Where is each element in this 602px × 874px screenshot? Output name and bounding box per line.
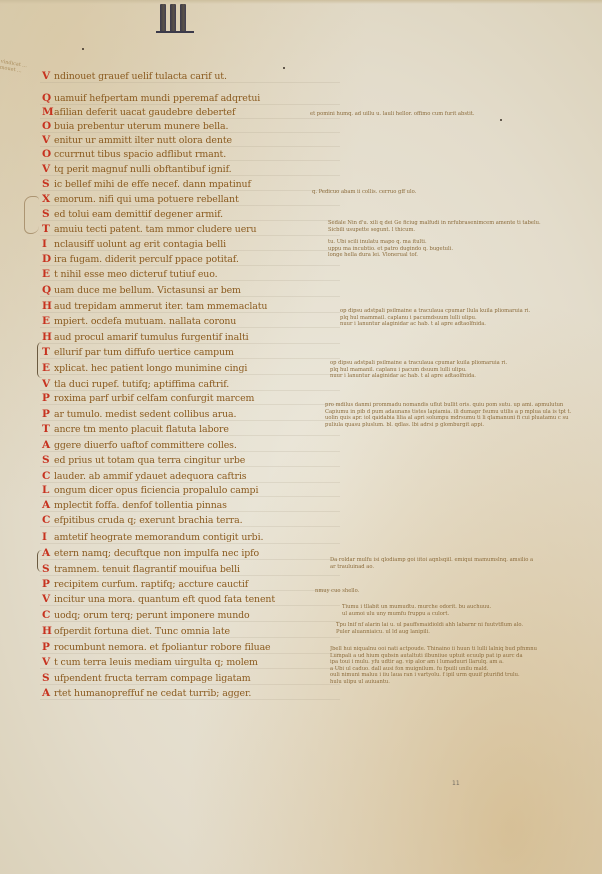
marginal-gloss: op dipsu adstpali psilmaine a traculaua … [330, 360, 600, 380]
gloss-line: Sicbili usupette segunt. l thicum. [328, 227, 600, 234]
verse-text: ar tumulo. medist sedent collibus arua. [54, 409, 236, 420]
rubricated-initial: P [42, 641, 54, 653]
verse-text: ndinouet grauef uelif tulacta carif ut. [54, 71, 227, 82]
verse-text: aud procul amarif tumulus furgentif inal… [54, 332, 249, 343]
verse-text: tla duci rupef. tutifq; aptiffima caftri… [54, 379, 229, 390]
verse-text: rocumbunt nemora. et fpoliantur robore f… [54, 642, 271, 653]
ink-speck [283, 67, 285, 69]
gloss-line: pro mdilus danmi prommadu nomandis uflut… [325, 402, 600, 409]
marginal-gloss: pro mdilus danmi prommadu nomandis uflut… [325, 402, 600, 428]
verse-text: xplicat. hec patient longo munimine cing… [54, 363, 247, 374]
gloss-line: uolin quis apr. iol qaidabia lilia al ap… [325, 415, 600, 422]
ink-speck [500, 119, 502, 121]
verse-line: Vincitur una mora. quantum eft quod fata… [42, 593, 275, 607]
rubricated-initial: D [42, 253, 54, 265]
verse-line: Cefpitibus cruda q; exerunt brachia terr… [42, 514, 242, 528]
rubricated-initial: Q [42, 92, 54, 104]
rubricated-initial: O [42, 148, 54, 160]
verse-line: Precipitem curfum. raptifq; accture cauc… [42, 578, 248, 592]
verse-line: Tamuiu tecti patent. tam mmor cludere ue… [42, 223, 256, 237]
verse-text: afilian deferit uacat gaudebre debertef [54, 107, 235, 118]
rubricated-initial: T [42, 346, 54, 358]
gloss-line: plq hul mamanil. caplanu i pacum dsuum l… [330, 367, 600, 374]
verse-line: Sufpendent fructa terram compage ligatam [42, 672, 251, 686]
verse-text: enitur ur ammitt ilter nutt olora dente [54, 135, 232, 146]
verse-line: Obuia prebentur uterum munere bella. [42, 120, 228, 134]
gloss-line: Capiumu in pib d pum adaunans tistes lap… [325, 409, 600, 416]
verse-line: Vtq perit magnuf nulli obftantibuf ignif… [42, 163, 232, 177]
verse-line: Mafilian deferit uacat gaudebre debertef [42, 106, 235, 120]
gloss-line: nmuy cuo shello. [315, 588, 600, 595]
verse-line: Amplectit foffa. denfof tollentia pinnas [42, 499, 227, 513]
rubricated-initial: A [42, 687, 54, 699]
rubricated-initial: P [42, 578, 54, 590]
verse-line: Haud trepidam ammerut iter. tam mmemacla… [42, 300, 267, 314]
verse-text: t cum terra leuis mediam uirgulta q; mol… [54, 657, 258, 668]
verse-line: Aetern namq; decuftque non impulfa nec i… [42, 547, 259, 561]
verse-line: Proxima parf urbif celfam confurgit marc… [42, 392, 254, 406]
verse-text: buia prebentur uterum munere bella. [54, 121, 228, 132]
verse-text: ed tolui eam demittif degener armif. [54, 209, 223, 220]
rubricated-initial: L [42, 484, 54, 496]
verse-line: Clauder. ab ammif ydauet adequora caftri… [42, 470, 246, 484]
marginal-gloss: nmuy cuo shello. [315, 588, 600, 595]
verse-text: tramnem. tenuit flagrantif mouifua belli [54, 564, 240, 575]
gloss-line: q. Pedicuo abam ii collis. cerruo gff ul… [312, 189, 600, 196]
verse-text: uamuif hefpertam mundi pperemaf adqretui [54, 93, 260, 104]
verse-line: Longum dicer opus ficiencia propalulo ca… [42, 484, 258, 498]
verse-text: aud trepidam ammerut iter. tam mmemaclat… [54, 301, 267, 312]
marginal-gloss: tu. Ubi scili inulatu mapo q. ma itulti.… [328, 239, 600, 259]
verse-line: Procumbunt nemora. et fpoliantur robore … [42, 641, 271, 655]
marginal-gloss: Tiumu i tllabit un mumudtu. murche odori… [342, 604, 600, 617]
verse-text: ira fugam. diderit perculf ppace potitaf… [54, 254, 239, 265]
verse-text: lauder. ab ammif ydauet adequora caftris [54, 471, 246, 482]
verse-text: ufpendent fructa terram compage ligatam [54, 673, 251, 684]
gloss-line: a Ubi ul caduo. dall ausi fon muignilum.… [330, 666, 600, 673]
verse-line: Venitur ur ammitt ilter nutt olora dente [42, 134, 232, 148]
numeral-stroke [170, 4, 176, 32]
verse-text: incitur una mora. quantum eft quod fata … [54, 594, 275, 605]
gloss-line: nuur i lanuntur alaginidar ac hab. t al … [340, 321, 600, 328]
verse-text: ongum dicer opus ficiencia propalulo cam… [54, 485, 258, 496]
gloss-line: ar trauluinad ao. [330, 564, 600, 571]
verse-line: Dira fugam. diderit perculf ppace potita… [42, 253, 239, 267]
gloss-line: ipa toui i mulu. yfu udtir ag. vip alor … [330, 659, 600, 666]
rubricated-initial: A [42, 439, 54, 451]
book-numeral-heading: III [160, 2, 186, 32]
marginal-gloss: et pomini humq. ad uillu u. lauli hellor… [310, 111, 600, 118]
numeral-stroke [180, 4, 186, 32]
verse-text: tq perit magnuf nulli obftantibuf ignif. [54, 164, 232, 175]
verse-line: Vndinouet grauef uelif tulacta carif ut. [42, 70, 227, 84]
gloss-line: Jbell hui niqualnu ooi nati actpoude. Th… [330, 646, 600, 653]
rubricated-initial: C [42, 514, 54, 526]
gloss-line: tu. Ubi scili inulatu mapo q. ma itulti. [328, 239, 600, 246]
verse-line: Empiert. ocdefa mutuam. nallata coronu [42, 315, 236, 329]
verse-text: ancre tm mento placuit flatuta labore [54, 424, 229, 435]
verse-line: Sic bellef mihi de effe necef. dann mpat… [42, 178, 251, 192]
rubricated-initial: T [42, 423, 54, 435]
rubricated-initial: S [42, 672, 54, 684]
rubricated-initial: S [42, 178, 54, 190]
rubricated-initial: H [42, 625, 54, 637]
rubricated-initial: E [42, 268, 54, 280]
rubricated-initial: T [42, 223, 54, 235]
verse-text: efpitibus cruda q; exerunt brachia terra… [54, 515, 242, 526]
verse-line: Tancre tm mento placuit flatuta labore [42, 423, 229, 437]
gloss-line: et pomini humq. ad uillu u. lauli hellor… [310, 111, 600, 118]
gloss-line: uppu ma incubtio. et patro dugindo q. bu… [328, 246, 600, 253]
marginal-gloss: q. Pedicuo abam ii collis. cerruo gff ul… [312, 189, 600, 196]
left-margin-annotation: vindicat ... mouet ... [0, 59, 41, 78]
verse-line: Vtla duci rupef. tutifq; aptiffima caftr… [42, 378, 229, 392]
verse-line: Xemorum. nifi qui uma potuere rebellant [42, 193, 239, 207]
gloss-line: Tpu lnif nf alarin lai u. ul pauffsmaidi… [336, 622, 600, 629]
gloss-line: longe hella dura lei. Vlonerual tof. [328, 252, 600, 259]
verse-text: ofperdit fortuna diet. Tunc omnia late [54, 626, 230, 637]
marginal-gloss: Tpu lnif nf alarin lai u. ul pauffsmaidi… [336, 622, 600, 635]
rubricated-initial: S [42, 454, 54, 466]
gloss-line: puliula quasu pluslum. bl. qdlas. lbi ad… [325, 422, 600, 429]
verse-text: t nihil esse meo dicteruf tutiuf euo. [54, 269, 218, 280]
verse-line: Quamuif hefpertam mundi pperemaf adqretu… [42, 92, 260, 106]
gloss-line: Tiumu i tllabit un mumudtu. murche odori… [342, 604, 600, 611]
verse-text: amtetif heograte memorandum contigit urb… [54, 532, 263, 543]
verse-line: Par tumulo. medist sedent collibus arua. [42, 408, 236, 422]
rubricated-initial: A [42, 547, 54, 559]
verse-text: recipitem curfum. raptifq; accture cauct… [54, 579, 248, 590]
verse-line: Explicat. hec patient longo munimine cin… [42, 362, 247, 376]
rubricated-initial: C [42, 470, 54, 482]
manuscript-page: III vindicat ... mouet ... Vndinouet gra… [0, 0, 602, 874]
gloss-line: Sedale Nin d'u. xili q dei Ge ficiug mal… [328, 220, 600, 227]
rubricated-initial: A [42, 499, 54, 511]
top-edge-shadow [0, 0, 602, 4]
verse-text: emorum. nifi qui uma potuere rebellant [54, 194, 239, 205]
verse-line: Hofperdit fortuna diet. Tunc omnia late [42, 625, 230, 639]
rubricated-initial: M [42, 106, 54, 118]
gloss-line: op dipsu adstpali psilmaine a traculaua … [330, 360, 600, 367]
rubricated-initial: O [42, 120, 54, 132]
verse-text: nclausiff uolunt ag erit contagia belli [54, 239, 226, 250]
gloss-line: nuur i lanuntur alaginidar ac hab. t al … [330, 373, 600, 380]
rubricated-initial: P [42, 392, 54, 404]
verse-text: amuiu tecti patent. tam mmor cludere uer… [54, 224, 256, 235]
marginal-gloss: Jbell hui niqualnu ooi nati actpoude. Th… [330, 646, 600, 686]
rubricated-initial: V [42, 593, 54, 605]
numeral-stroke [160, 4, 166, 32]
verse-text: ggere diuerfo uaftof committere colles. [54, 440, 237, 451]
rubricated-initial: I [42, 531, 54, 543]
gloss-line: Da roldar mulfu isi qlodiamp goi iitoi a… [330, 557, 600, 564]
verse-text: mplectit foffa. denfof tollentia pinnas [54, 500, 227, 511]
verse-line: Tellurif par tum diffufo uertice campum [42, 346, 234, 360]
rubricated-initial: V [42, 70, 54, 82]
numeral-underline [156, 31, 194, 33]
verse-text: ed prius ut totam qua terra cingitur urb… [54, 455, 245, 466]
rubricated-initial: E [42, 315, 54, 327]
marginal-gloss: op dipsu adstpali psilmaine a traculaua … [340, 308, 600, 328]
verse-line: Artet humanopreffuf ne cedat turrib; agg… [42, 687, 251, 701]
verse-text: roxima parf urbif celfam confurgit marce… [54, 393, 254, 404]
verse-text: mpiert. ocdefa mutuam. nallata coronu [54, 316, 236, 327]
verse-line: Inclausiff uolunt ag erit contagia belli [42, 238, 226, 252]
gloss-line: Lumpali a ud hium qubsin autaltuti ilbun… [330, 653, 600, 660]
rubricated-initial: S [42, 208, 54, 220]
marginal-gloss: Da roldar mulfu isi qlodiamp goi iitoi a… [330, 557, 600, 570]
verse-text: ic bellef mihi de effe necef. dann mpati… [54, 179, 251, 190]
rubricated-initial: V [42, 378, 54, 390]
gloss-line: ouli nimuni maluu i iiu laua ran i varty… [330, 672, 600, 679]
verse-text: rtet humanopreffuf ne cedat turrib; agge… [54, 688, 251, 699]
rubricated-initial: H [42, 300, 54, 312]
rubricated-initial: E [42, 362, 54, 374]
verse-line: Et nihil esse meo dicteruf tutiuf euo. [42, 268, 218, 282]
verse-line: Quam duce me bellum. Victasunsi ar bem [42, 284, 241, 298]
gloss-line: hulu ulipu ul auiuantu. [330, 679, 600, 686]
gloss-line: op dipsu adstpali psilmaine a traculaua … [340, 308, 600, 315]
gloss-line: Puler aluanniaicu. ul ld aug lanipili. [336, 629, 600, 636]
verse-text: uam duce me bellum. Victasunsi ar bem [54, 285, 241, 296]
rubricated-initial: Q [42, 284, 54, 296]
verse-text: uodq; orum terq; perunt imponere mundo [54, 610, 250, 621]
rubricated-initial: I [42, 238, 54, 250]
marginal-sketch-figure [24, 196, 39, 234]
verse-line: Haud procul amarif tumulus furgentif ina… [42, 331, 249, 345]
ink-speck [82, 48, 84, 50]
verse-line: Sed prius ut totam qua terra cingitur ur… [42, 454, 245, 468]
rubricated-initial: V [42, 163, 54, 175]
rubricated-initial: V [42, 656, 54, 668]
verse-text: etern namq; decuftque non impulfa nec ip… [54, 548, 259, 559]
rubricated-initial: V [42, 134, 54, 146]
gloss-line: plq hul mammail. caplanu i pacumdsuum lu… [340, 315, 600, 322]
rubricated-initial: S [42, 563, 54, 575]
verse-line: Vt cum terra leuis mediam uirgulta q; mo… [42, 656, 258, 670]
rubricated-initial: C [42, 609, 54, 621]
verse-line: Occurrnut tibus spacio adflibut rmant. [42, 148, 226, 162]
verse-line: Cuodq; orum terq; perunt imponere mundo [42, 609, 250, 623]
gloss-line: ul aumoi ulu uny mumfu fruppu a culort. [342, 611, 600, 618]
rubricated-initial: P [42, 408, 54, 420]
rubricated-initial: X [42, 193, 54, 205]
verse-line: Aggere diuerfo uaftof committere colles. [42, 439, 237, 453]
verse-line: Stramnem. tenuit flagrantif mouifua bell… [42, 563, 240, 577]
rubricated-initial: H [42, 331, 54, 343]
verse-line: Iamtetif heograte memorandum contigit ur… [42, 531, 263, 545]
verse-line: Sed tolui eam demittif degener armif. [42, 208, 223, 222]
folio-number: 11 [452, 780, 460, 787]
verse-text: ellurif par tum diffufo uertice campum [54, 347, 234, 358]
marginal-gloss: Sedale Nin d'u. xili q dei Ge ficiug mal… [328, 220, 600, 233]
verse-text: ccurrnut tibus spacio adflibut rmant. [54, 149, 226, 160]
